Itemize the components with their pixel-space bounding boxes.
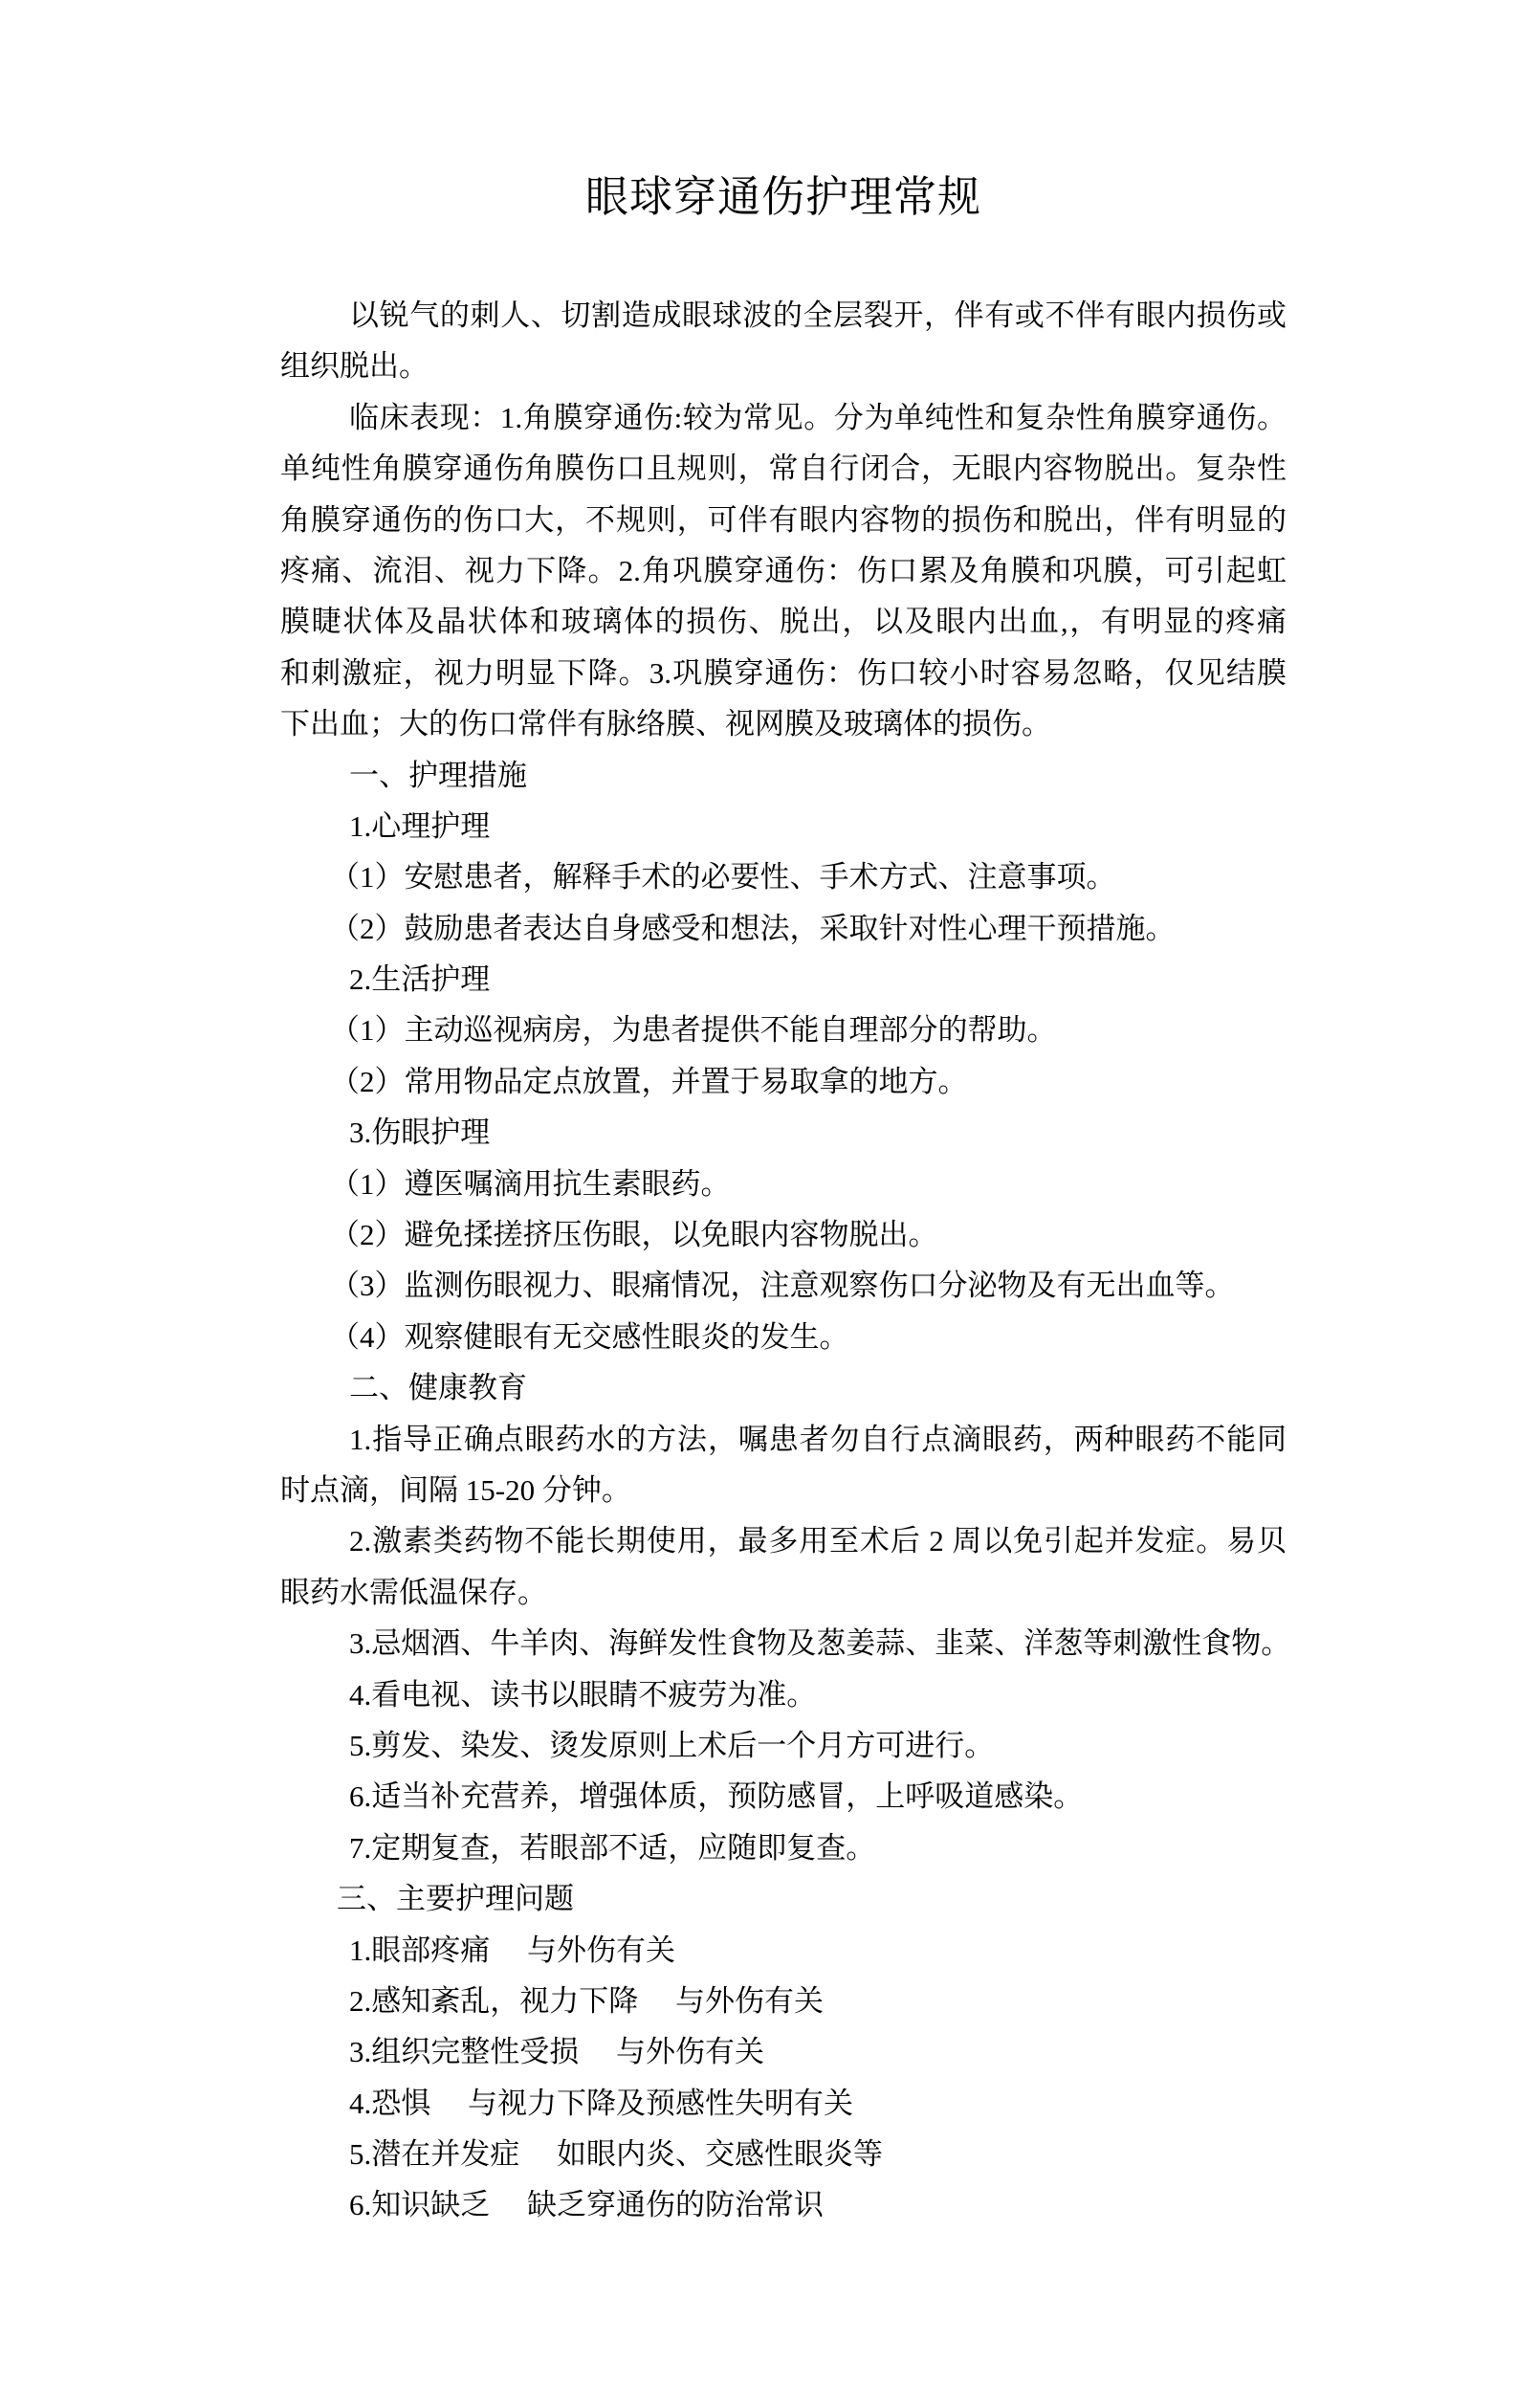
text-line: 2.生活护理 xyxy=(280,954,1287,1005)
text-line: 2.感知紊乱，视力下降 与外伤有关 xyxy=(280,1976,1287,2026)
text-line: 三、主要护理问题 xyxy=(280,1873,1287,1924)
text-line: 1.眼部疼痛 与外伤有关 xyxy=(280,1925,1287,1976)
text-line: 6.知识缺乏 缺乏穿通伤的防治常识 xyxy=(280,2179,1287,2230)
text-line: 4.恐惧 与视力下降及预感性失明有关 xyxy=(280,2078,1287,2129)
text-line: 眼药水需低温保存。 xyxy=(280,1567,1287,1618)
document-title: 眼球穿通伤护理常规 xyxy=(280,160,1287,234)
text-line: 单纯性角膜穿通伤角膜伤口且规则，常自行闭合，无眼内容物脱出。复杂性 xyxy=(280,443,1287,494)
document-content: 眼球穿通伤护理常规 以锐气的刺人、切割造成眼球波的全层裂开，伴有或不伴有眼内损伤… xyxy=(280,0,1287,2231)
text-line: 二、健康教育 xyxy=(280,1362,1287,1413)
text-line: 一、护理措施 xyxy=(280,750,1287,801)
text-line: 组织脱出。 xyxy=(280,341,1287,391)
text-line: （1）主动巡视病房，为患者提供不能自理部分的帮助。 xyxy=(280,1005,1287,1055)
text-line: 3.组织完整性受损 与外伤有关 xyxy=(280,2026,1287,2077)
text-line: 时点滴，间隔 15-20 分钟。 xyxy=(280,1465,1287,1515)
text-line: 下出血；大的伤口常伴有脉络膜、视网膜及玻璃体的损伤。 xyxy=(280,698,1287,749)
document-page: 眼球穿通伤护理常规 以锐气的刺人、切割造成眼球波的全层裂开，伴有或不伴有眼内损伤… xyxy=(0,0,1518,2408)
text-line: 以锐气的刺人、切割造成眼球波的全层裂开，伴有或不伴有眼内损伤或 xyxy=(280,290,1287,341)
text-line: 临床表现：1.角膜穿通伤:较为常见。分为单纯性和复杂性角膜穿通伤。 xyxy=(280,392,1287,443)
text-line: （2）避免揉搓挤压伤眼，以免眼内容物脱出。 xyxy=(280,1209,1287,1260)
text-line: 3.忌烟酒、牛羊肉、海鲜发性食物及葱姜蒜、韭菜、洋葱等刺激性食物。 xyxy=(280,1618,1287,1668)
text-line: 角膜穿通伤的伤口大，不规则，可伴有眼内容物的损伤和脱出，伴有明显的 xyxy=(280,495,1287,545)
text-line: （1）遵医嘱滴用抗生素眼药。 xyxy=(280,1159,1287,1209)
text-line: 2.激素类药物不能长期使用，最多用至术后 2 周以免引起并发症。易贝 xyxy=(280,1515,1287,1566)
text-line: （2）常用物品定点放置，并置于易取拿的地方。 xyxy=(280,1056,1287,1107)
document-body: 以锐气的刺人、切割造成眼球波的全层裂开，伴有或不伴有眼内损伤或组织脱出。临床表现… xyxy=(280,290,1287,2231)
text-line: 5.剪发、染发、烫发原则上术后一个月方可进行。 xyxy=(280,1720,1287,1771)
text-line: 疼痛、流泪、视力下降。2.角巩膜穿通伤：伤口累及角膜和巩膜，可引起虹 xyxy=(280,545,1287,596)
text-line: 1.指导正确点眼药水的方法，嘱患者勿自行点滴眼药，两种眼药不能同 xyxy=(280,1414,1287,1465)
text-line: （4）观察健眼有无交感性眼炎的发生。 xyxy=(280,1312,1287,1362)
text-line: 和刺激症，视力明显下降。3.巩膜穿通伤：伤口较小时容易忽略，仅见结膜 xyxy=(280,648,1287,698)
text-line: 膜睫状体及晶状体和玻璃体的损伤、脱出，以及眼内出血,，有明显的疼痛 xyxy=(280,596,1287,647)
text-line: 6.适当补充营养，增强体质，预防感冒，上呼吸道感染。 xyxy=(280,1771,1287,1822)
text-line: （2）鼓励患者表达自身感受和想法，采取针对性心理干预措施。 xyxy=(280,903,1287,954)
text-line: 7.定期复查，若眼部不适，应随即复查。 xyxy=(280,1823,1287,1873)
text-line: （3）监测伤眼视力、眼痛情况，注意观察伤口分泌物及有无出血等。 xyxy=(280,1260,1287,1311)
text-line: （1）安慰患者，解释手术的必要性、手术方式、注意事项。 xyxy=(280,851,1287,902)
text-line: 5.潜在并发症 如眼内炎、交感性眼炎等 xyxy=(280,2129,1287,2179)
text-line: 3.伤眼护理 xyxy=(280,1107,1287,1158)
text-line: 4.看电视、读书以眼睛不疲劳为准。 xyxy=(280,1669,1287,1720)
text-line: 1.心理护理 xyxy=(280,801,1287,851)
